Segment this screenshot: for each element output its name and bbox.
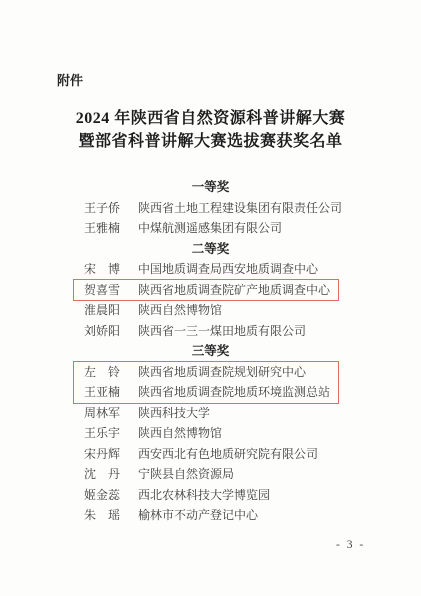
section-header: 一等奖 [0, 177, 421, 198]
winner-name: 贺喜雪 [84, 280, 120, 301]
winner-name: 朱 瑶 [84, 505, 120, 526]
winner-name: 姬金蕊 [84, 485, 120, 506]
winner-organization: 宁陕县自然资源局 [138, 464, 234, 485]
winner-organization: 西北农林科技大学博览园 [138, 485, 270, 506]
section-header: 三等奖 [0, 341, 421, 362]
winner-name: 周林军 [84, 403, 120, 424]
winner-organization: 陕西自然博物馆 [138, 300, 222, 321]
award-row: 王子侨陕西省土地工程建设集团有限责任公司 [74, 198, 338, 219]
section-header: 二等奖 [0, 239, 421, 260]
award-sections: 一等奖王子侨陕西省土地工程建设集团有限责任公司王雅楠中煤航测遥感集团有限公司二等… [0, 177, 421, 526]
award-row: 宋 博中国地质调查局西安地质调查中心 [74, 259, 338, 280]
award-row: 刘娇阳陕西省一三一煤田地质有限公司 [74, 321, 338, 342]
award-row: 宋丹辉西安西北有色地质研究院有限公司 [74, 444, 338, 465]
winner-organization: 中国地质调查局西安地质调查中心 [138, 259, 318, 280]
award-row: 王雅楠中煤航测遥感集团有限公司 [74, 218, 338, 239]
award-row: 王乐宇陕西自然博物馆 [74, 423, 338, 444]
winner-organization: 西安西北有色地质研究院有限公司 [138, 444, 318, 465]
winner-name: 王子侨 [84, 198, 120, 219]
highlight-box: 左 铃陕西省地质调查院规划研究中心王亚楠陕西省地质调查院地质环境监测总站 [74, 362, 338, 403]
winner-organization: 陕西省土地工程建设集团有限责任公司 [138, 198, 342, 219]
winner-name: 刘娇阳 [84, 321, 120, 342]
winner-organization: 陕西科技大学 [138, 403, 210, 424]
award-row: 姬金蕊西北农林科技大学博览园 [74, 485, 338, 506]
winner-organization: 陕西省地质调查院矿产地质调查中心 [138, 280, 330, 301]
award-row: 王亚楠陕西省地质调查院地质环境监测总站 [74, 382, 338, 403]
winner-name: 沈 丹 [84, 464, 120, 485]
award-row: 左 铃陕西省地质调查院规划研究中心 [74, 362, 338, 383]
winner-organization: 陕西自然博物馆 [138, 423, 222, 444]
award-row: 贺喜雪陕西省地质调查院矿产地质调查中心 [74, 280, 338, 301]
document-page: 附件 2024 年陕西省自然资源科普讲解大赛 暨部省科普讲解大赛选拔赛获奖名单 … [0, 0, 421, 596]
page-title-line2: 暨部省科普讲解大赛选拔赛获奖名单 [0, 130, 421, 153]
page-title-line1: 2024 年陕西省自然资源科普讲解大赛 [0, 107, 421, 130]
page-number: - 3 - [336, 539, 365, 551]
page-title: 2024 年陕西省自然资源科普讲解大赛 暨部省科普讲解大赛选拔赛获奖名单 [0, 107, 421, 153]
winner-organization: 陕西省一三一煤田地质有限公司 [138, 321, 306, 342]
attachment-label: 附件 [57, 70, 83, 89]
winner-name: 宋丹辉 [84, 444, 120, 465]
award-row: 淮晨阳陕西自然博物馆 [74, 300, 338, 321]
award-row: 朱 瑶榆林市不动产登记中心 [74, 505, 338, 526]
winner-organization: 陕西省地质调查院地质环境监测总站 [138, 382, 330, 403]
winner-name: 左 铃 [84, 362, 120, 383]
winner-organization: 榆林市不动产登记中心 [138, 505, 258, 526]
highlight-box: 贺喜雪陕西省地质调查院矿产地质调查中心 [74, 280, 338, 301]
winner-organization: 陕西省地质调查院规划研究中心 [138, 362, 306, 383]
winner-name: 王乐宇 [84, 423, 120, 444]
winner-name: 宋 博 [84, 259, 120, 280]
winner-name: 淮晨阳 [84, 300, 120, 321]
winner-organization: 中煤航测遥感集团有限公司 [138, 218, 282, 239]
award-row: 周林军陕西科技大学 [74, 403, 338, 424]
winner-name: 王雅楠 [84, 218, 120, 239]
award-row: 沈 丹宁陕县自然资源局 [74, 464, 338, 485]
winner-name: 王亚楠 [84, 382, 120, 403]
